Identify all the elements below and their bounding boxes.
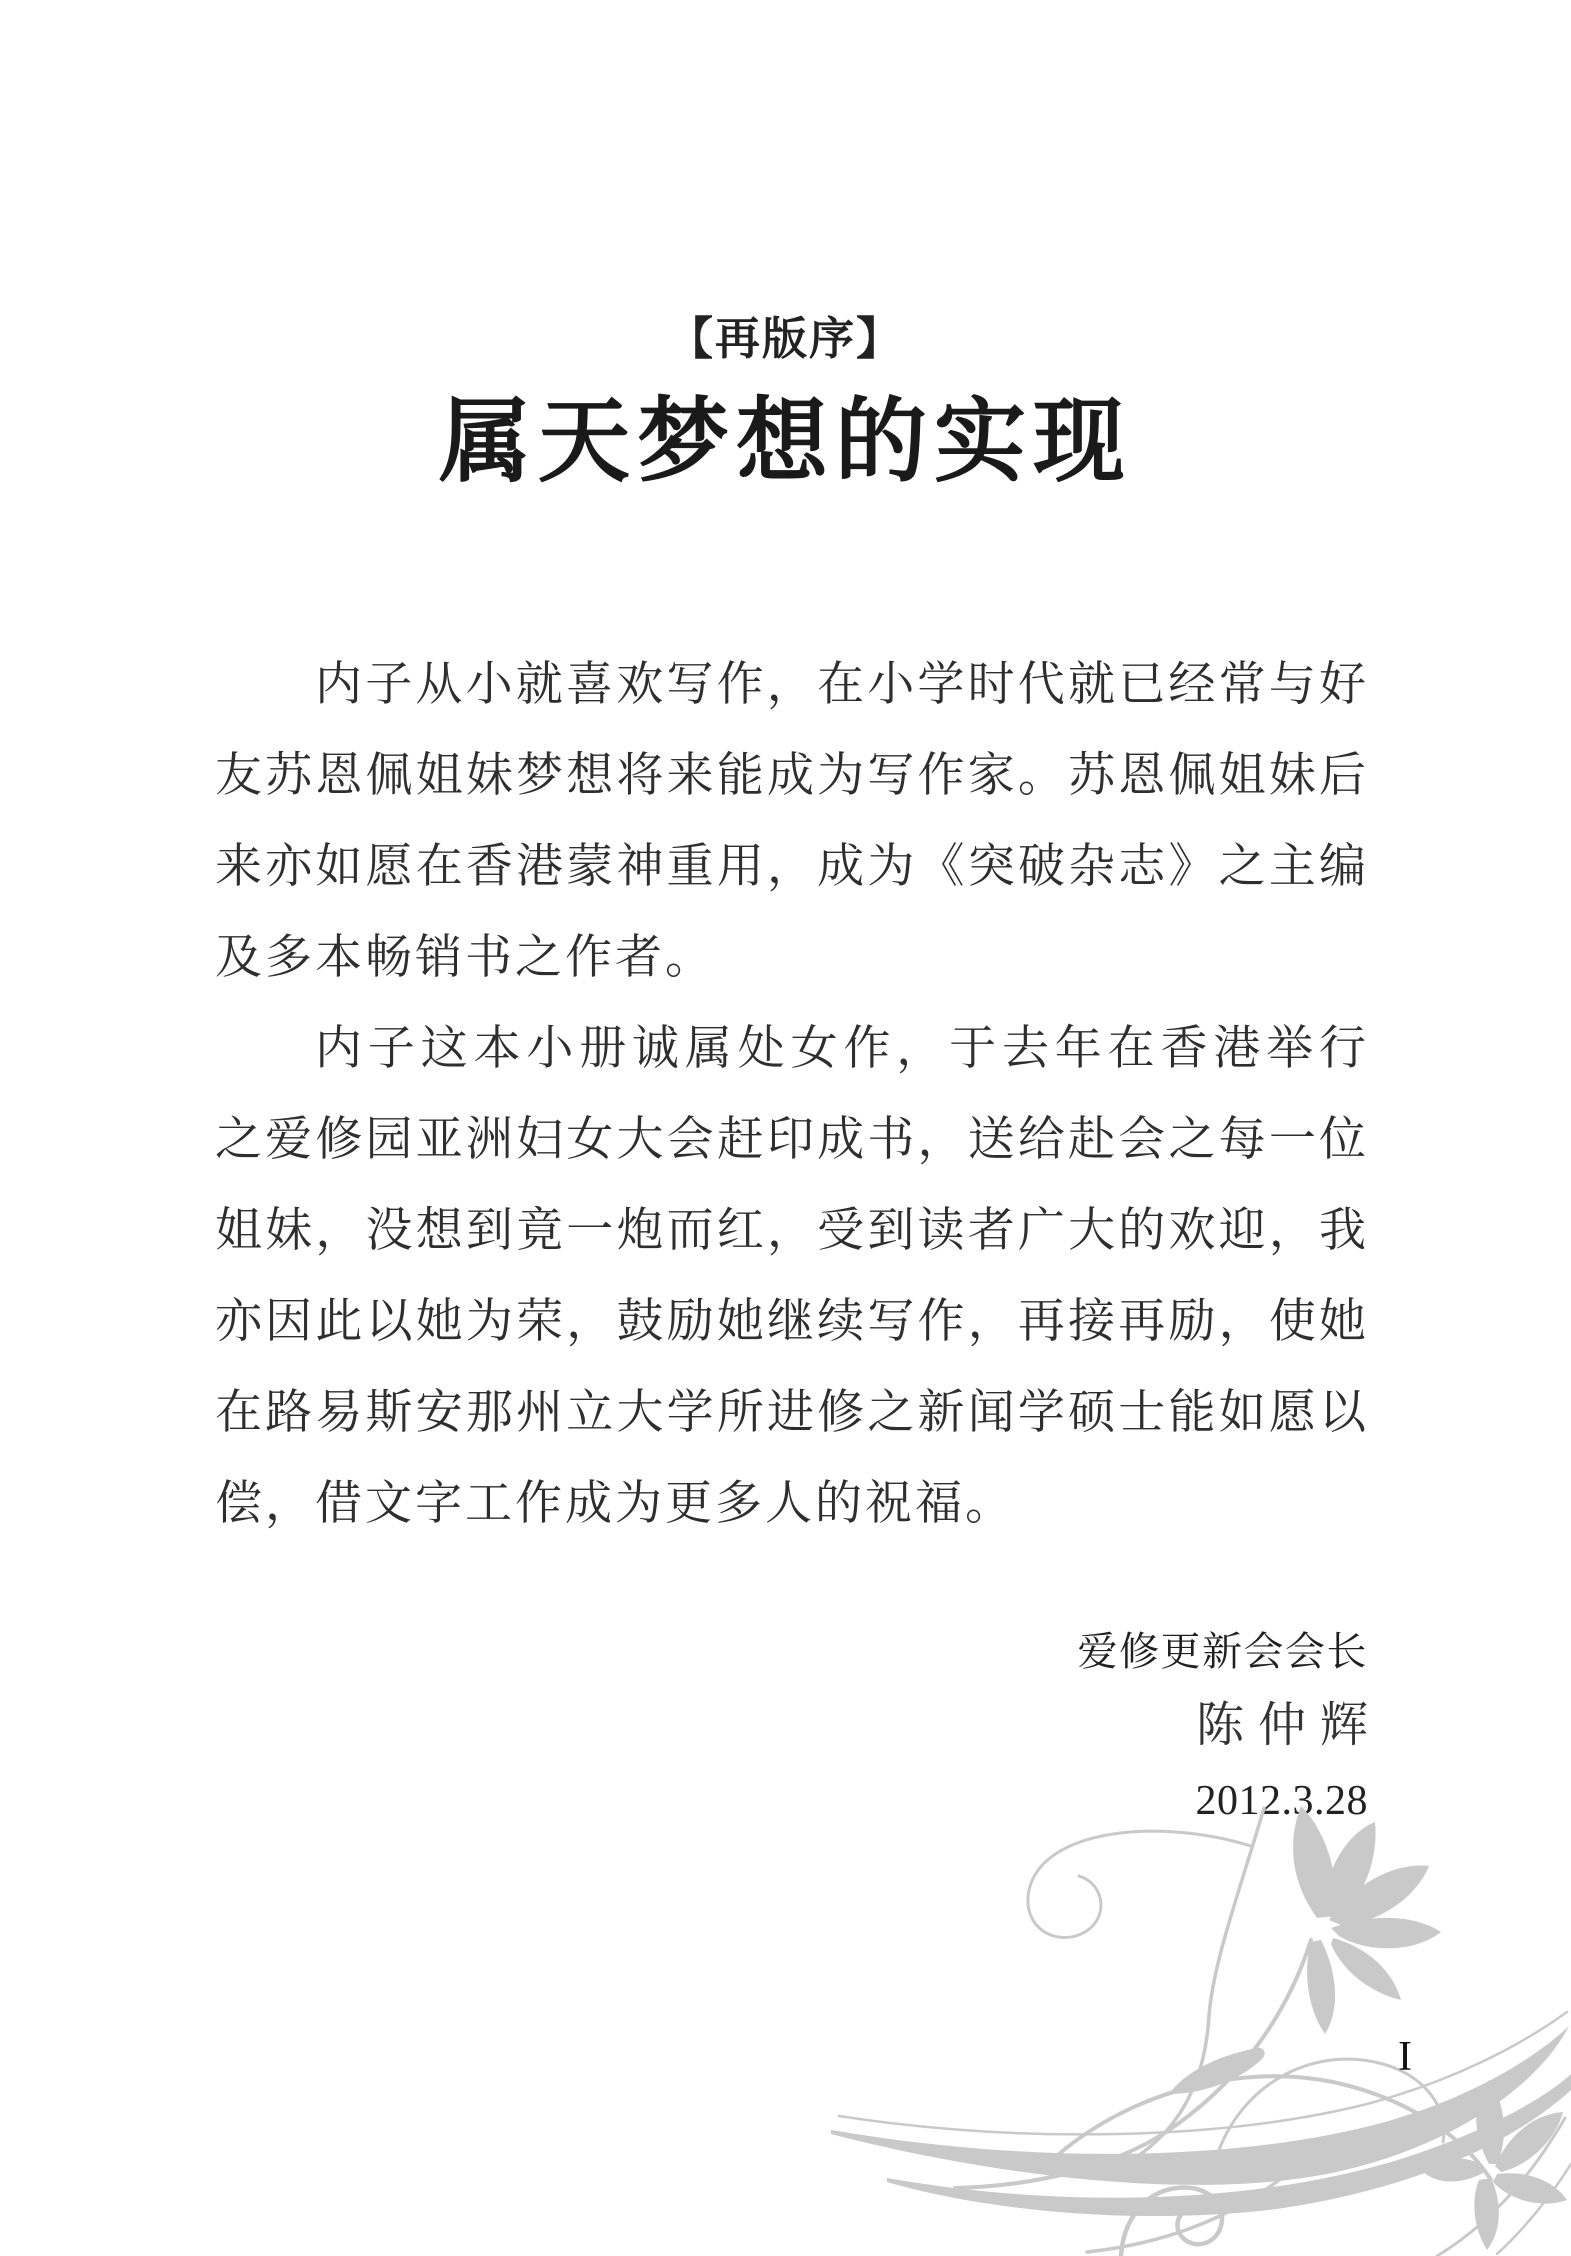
page-title: 属天梦想的实现 — [0, 392, 1571, 493]
section-label: 【再版序】 — [0, 312, 1571, 366]
body-line: 亦因此以她为荣，鼓励她继续写作，再接再励，使她 — [215, 1277, 1369, 1368]
floral-flourish-decoration — [691, 1795, 1571, 2256]
flourish-petals — [831, 1806, 1571, 2250]
page-number: I — [1398, 2036, 1412, 2078]
body-line: 来亦如愿在香港蒙神重用，成为《突破杂志》之主编 — [215, 822, 1369, 913]
body-line: 在路易斯安那州立大学所进修之新闻学硕士能如愿以 — [215, 1368, 1369, 1459]
body-line: 姐妹，没想到竟一炮而红，受到读者广大的欢迎，我 — [215, 1186, 1369, 1277]
body-line: 之爱修园亚洲妇女大会赶印成书，送给赴会之每一位 — [215, 1095, 1369, 1186]
signature-organization: 爱修更新会会长 — [1078, 1630, 1369, 1674]
body-text: 内子从小就喜欢写作，在小学时代就已经常与好 友苏恩佩姐妹梦想将来能成为写作家。苏… — [215, 640, 1369, 1550]
body-line: 偿，借文字工作成为更多人的祝福。 — [215, 1459, 1369, 1550]
body-line: 内子从小就喜欢写作，在小学时代就已经常与好 — [215, 640, 1369, 731]
signature-name: 陈仲辉 — [1196, 1700, 1382, 1753]
body-line: 内子这本小册诚属处女作，于去年在香港举行 — [215, 1004, 1369, 1095]
body-line: 友苏恩佩姐妹梦想将来能成为写作家。苏恩佩姐妹后 — [215, 731, 1369, 822]
document-page: 【再版序】 属天梦想的实现 内子从小就喜欢写作，在小学时代就已经常与好 友苏恩佩… — [0, 0, 1571, 2256]
body-line: 及多本畅销书之作者。 — [215, 913, 1369, 1004]
